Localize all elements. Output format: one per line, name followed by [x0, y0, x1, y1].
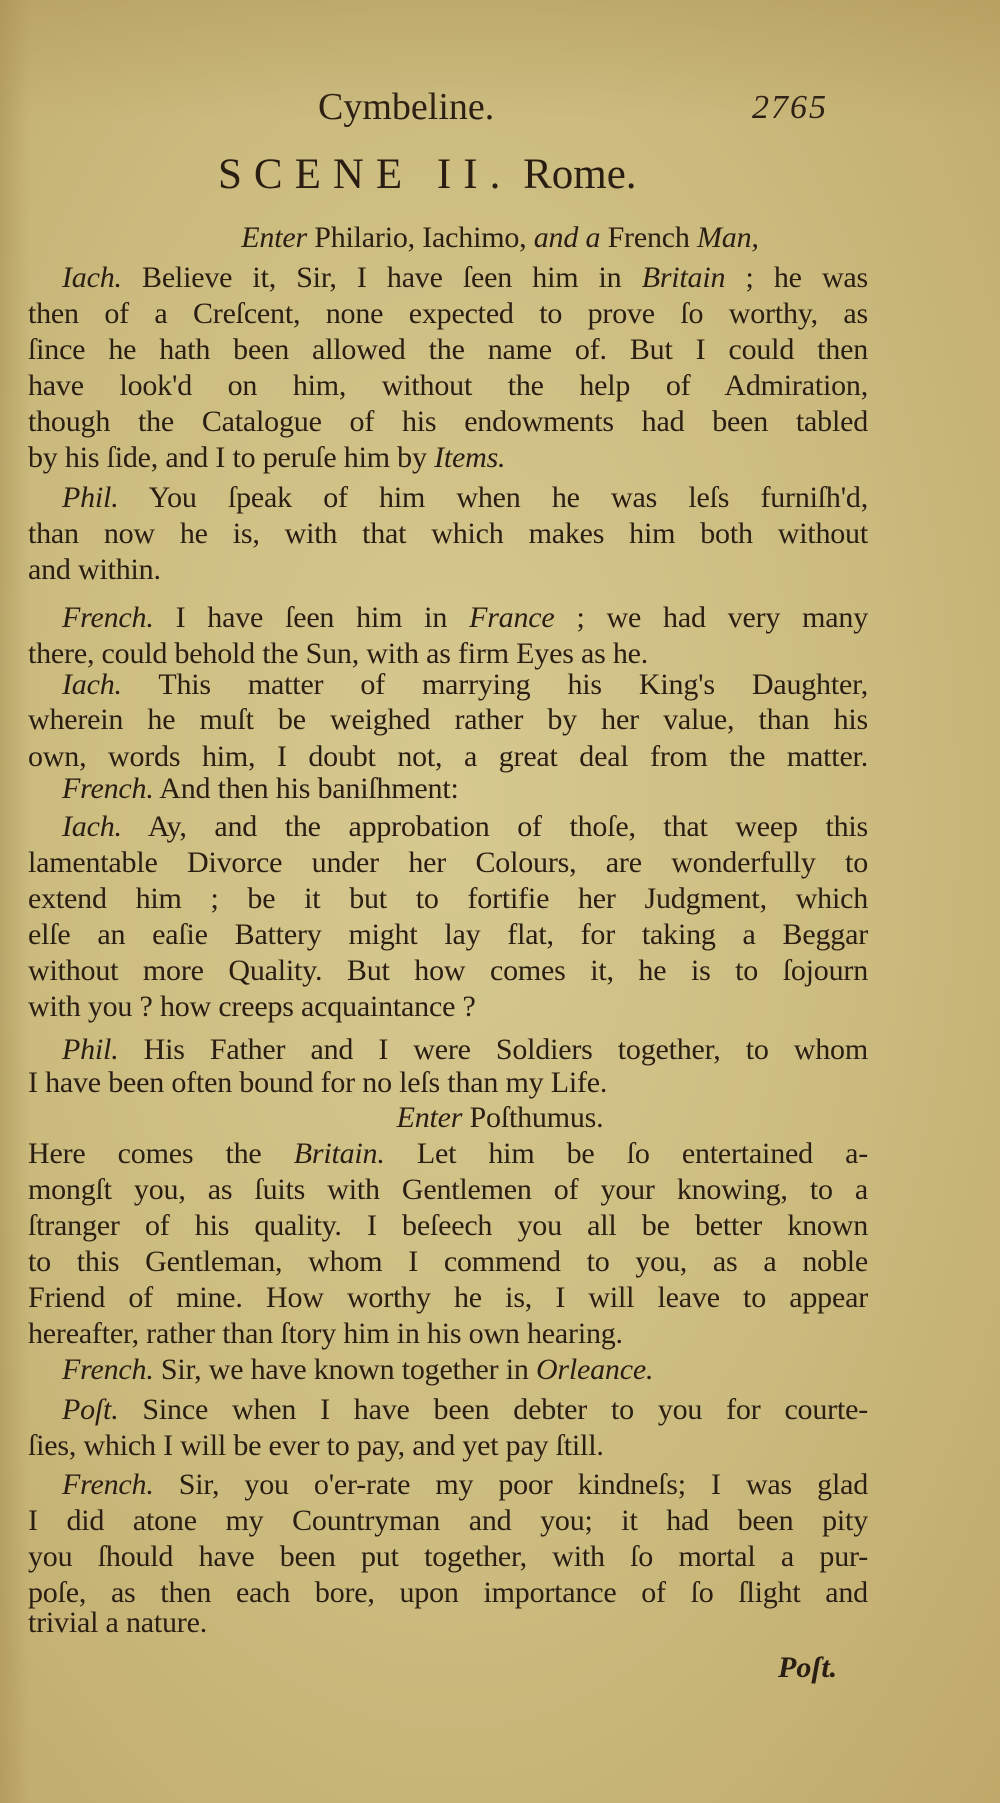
scene-location: Rome. — [523, 151, 636, 198]
stage-direction: Enter Poſthumus. — [0, 1101, 1000, 1135]
speaker-name: French. — [62, 1468, 154, 1501]
running-head: Cymbeline. — [318, 85, 494, 129]
text-line: own, words him, I doubt not, a great dea… — [28, 740, 868, 774]
speech-line: Iach. Ay, and the approbation of thoſe, … — [28, 810, 868, 844]
speaker-name: French. — [62, 1353, 154, 1386]
text-line: hereafter, rather than ſtory him in his … — [28, 1317, 868, 1351]
text-line: though the Catalogue of his endowments h… — [28, 405, 868, 439]
speaker-name: French. — [62, 772, 154, 805]
speaker-name: Phil. — [62, 481, 119, 514]
text-line: Friend of mine. How worthy he is, I will… — [28, 1281, 868, 1315]
text-line: with you ? how creeps acquaintance ? — [28, 990, 868, 1024]
text-line: than now he is, with that which makes hi… — [28, 517, 868, 551]
speech-line: French. I have ſeen him in France ; we h… — [28, 601, 868, 635]
speech-line: French. Sir, you o'er-rate my poor kindn… — [28, 1468, 868, 1502]
speech-line: Here comes the Britain. Let him be ſo en… — [28, 1137, 868, 1171]
text-line: I did atone my Countryman and you; it ha… — [28, 1504, 868, 1538]
stage-direction: Enter Philario, Iachimo, and a French Ma… — [0, 221, 1000, 255]
text-line: ſtranger of his quality. I beſeech you a… — [28, 1209, 868, 1243]
speech-line: Iach. Believe it, Sir, I have ſeen him i… — [28, 261, 868, 295]
text-line: ſies, which I will be ever to pay, and y… — [28, 1429, 868, 1463]
scene-number: SCENE II. — [218, 151, 512, 198]
speaker-name: Iach. — [62, 261, 122, 294]
speech-line: Phil. His Father and I were Soldiers tog… — [28, 1033, 868, 1067]
text-line: without more Quality. But how comes it, … — [28, 954, 868, 988]
text-line: then of a Creſcent, none expected to pro… — [28, 297, 868, 331]
speech-line: Iach. This matter of marrying his King's… — [28, 668, 868, 702]
text-line: trivial a nature. — [28, 1606, 868, 1640]
text-line: extend him ; be it but to fortifie her J… — [28, 882, 868, 916]
speech-line: Poſt. Since when I have been debter to y… — [28, 1393, 868, 1427]
text-line: poſe, as then each bore, upon importance… — [28, 1576, 868, 1610]
speaker-name: Phil. — [62, 1033, 119, 1066]
text-line: wherein he muſt be weighed rather by her… — [28, 703, 868, 737]
text-line: you ſhould have been put together, with … — [28, 1540, 868, 1574]
book-page: Cymbeline. 2765 SCENE II. Rome. Enter Ph… — [0, 0, 1000, 1803]
text-line: ſince he hath been allowed the name of. … — [28, 333, 868, 367]
speech-line: French. And then his baniſhment: — [28, 772, 868, 806]
catchword: Poſt. — [778, 1651, 837, 1685]
text-line: have look'd on him, without the help of … — [28, 369, 868, 403]
text-line: I have been often bound for no leſs than… — [28, 1066, 868, 1100]
text-line: mongſt you, as ſuits with Gentlemen of y… — [28, 1173, 868, 1207]
text-line: to this Gentleman, whom I commend to you… — [28, 1245, 868, 1279]
speech-line: French. Sir, we have known together in O… — [28, 1353, 868, 1387]
text-line: elſe an eaſie Battery might lay flat, fo… — [28, 918, 868, 952]
text-line: by his ſide, and I to peruſe him by Item… — [28, 441, 868, 475]
speaker-name: Poſt. — [62, 1393, 119, 1426]
speaker-name: Iach. — [62, 668, 122, 701]
speaker-name: French. — [62, 601, 154, 634]
speech-line: Phil. You ſpeak of him when he was leſs … — [28, 481, 868, 515]
text-line: and within. — [28, 553, 868, 587]
speaker-name: Iach. — [62, 810, 122, 843]
text-line: there, could behold the Sun, with as fir… — [28, 637, 868, 671]
scene-heading: SCENE II. Rome. — [218, 150, 637, 200]
page-number: 2765 — [752, 88, 828, 128]
text-line: lamentable Divorce under her Colours, ar… — [28, 846, 868, 880]
